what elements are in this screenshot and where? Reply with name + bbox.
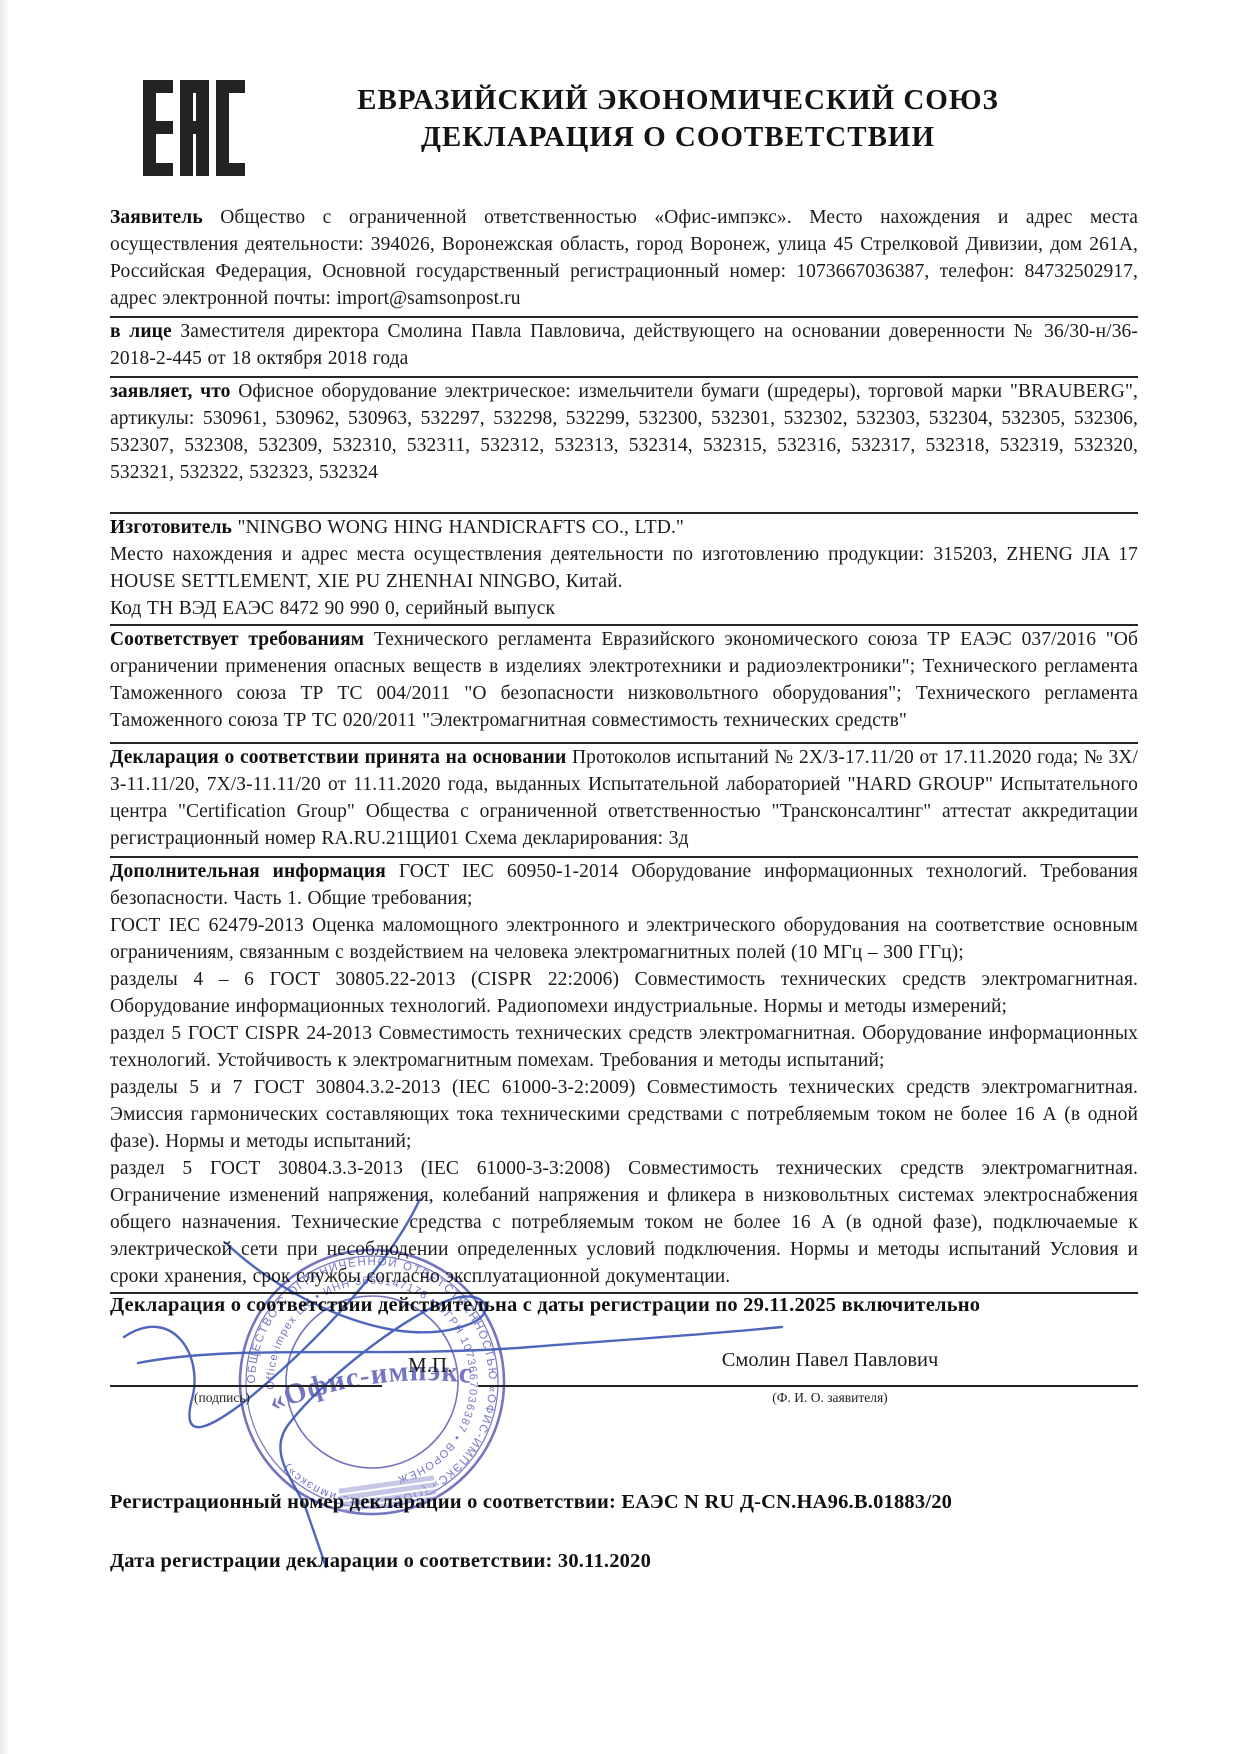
representative-text: Заместителя директора Смолина Павла Павл… [110, 321, 1138, 369]
applicant-paragraph: Заявитель Общество с ограниченной ответс… [110, 204, 1138, 312]
document-header: ЕВРАЗИЙСКИЙ ЭКОНОМИЧЕСКИЙ СОЮЗ ДЕКЛАРАЦИ… [110, 76, 1138, 204]
additional-info-p2: ГОСТ IEC 62479-2013 Оценка маломощного э… [110, 912, 1138, 966]
eac-mark-icon [143, 80, 245, 176]
applicant-label: Заявитель [110, 207, 203, 228]
document-content: ЕВРАЗИЙСКИЙ ЭКОНОМИЧЕСКИЙ СОЮЗ ДЕКЛАРАЦИ… [0, 0, 1240, 1573]
signature-caption: (подпись) [194, 1390, 250, 1406]
representative-paragraph: в лице Заместителя директора Смолина Пав… [110, 318, 1138, 372]
registration-number-line: Регистрационный номер декларации о соотв… [110, 1491, 1138, 1514]
signature-line [110, 1385, 382, 1387]
manufacturer-name: "NINGBO WONG HING HANDICRAFTS CO., LTD." [237, 517, 684, 538]
registration-date-line: Дата регистрации декларации о соответств… [110, 1550, 1138, 1573]
manufacturer-code-line: Код ТН ВЭД ЕАЭС 8472 90 990 0, серийный … [110, 595, 1138, 622]
additional-info-p4: раздел 5 ГОСТ CISPR 24-2013 Совместимост… [110, 1020, 1138, 1074]
declares-label: заявляет, что [110, 381, 231, 402]
manufacturer-paragraph: Изготовитель "NINGBO WONG HING HANDICRAF… [110, 514, 1138, 541]
registration-number-label: Регистрационный номер декларации о соотв… [110, 1491, 616, 1513]
additional-info-p6: раздел 5 ГОСТ 30804.3.3-2013 (IEC 61000-… [110, 1155, 1138, 1290]
registration-number-value: ЕАЭС N RU Д-CN.НА96.В.01883/20 [621, 1491, 952, 1513]
declares-paragraph: заявляет, что Офисное оборудование элект… [110, 378, 1138, 486]
declares-text: Офисное оборудование электрическое: изме… [110, 381, 1138, 483]
signature-area: ОБЩЕСТВО С ОГРАНИЧЕННОЙ ОТВЕТСТВЕННОСТЬЮ… [110, 1329, 1138, 1447]
basis-paragraph: Декларация о соответствии принята на осн… [110, 744, 1138, 852]
applicant-text: Общество с ограниченной ответственностью… [110, 207, 1138, 309]
manufacturer-address: Место нахождения и адрес места осуществл… [110, 541, 1138, 595]
title-line-declaration: ДЕКЛАРАЦИЯ О СООТВЕТСТВИИ [318, 119, 1038, 156]
basis-label: Декларация о соответствии принята на осн… [110, 747, 566, 768]
additional-info-p5: разделы 5 и 7 ГОСТ 30804.3.2-2013 (IEC 6… [110, 1074, 1138, 1155]
fullname-caption: (Ф. И. О. заявителя) [550, 1390, 1110, 1406]
declaration-document-page: ЕВРАЗИЙСКИЙ ЭКОНОМИЧЕСКИЙ СОЮЗ ДЕКЛАРАЦИ… [0, 0, 1240, 1754]
additional-info-paragraph: Дополнительная информация ГОСТ IEC 60950… [110, 858, 1138, 912]
validity-statement: Декларация о соответствии действительна … [110, 1294, 1138, 1317]
registration-date-value: 30.11.2020 [558, 1550, 651, 1572]
compliance-paragraph: Соответствует требованиям Технического р… [110, 626, 1138, 734]
representative-label: в лице [110, 321, 172, 342]
applicant-fullname: Смолин Павел Павлович [550, 1349, 1110, 1372]
additional-info-p3: разделы 4 – 6 ГОСТ 30805.22-2013 (CISPR … [110, 966, 1138, 1020]
stamp-place-label: М.П. [408, 1353, 452, 1378]
manufacturer-label: Изготовитель [110, 517, 232, 538]
title-line-union: ЕВРАЗИЙСКИЙ ЭКОНОМИЧЕСКИЙ СОЮЗ [318, 82, 1038, 119]
additional-info-label: Дополнительная информация [110, 861, 386, 882]
registration-date-label: Дата регистрации декларации о соответств… [110, 1550, 553, 1572]
fullname-line [478, 1385, 1138, 1387]
compliance-label: Соответствует требованиям [110, 629, 364, 650]
document-title: ЕВРАЗИЙСКИЙ ЭКОНОМИЧЕСКИЙ СОЮЗ ДЕКЛАРАЦИ… [318, 82, 1038, 156]
